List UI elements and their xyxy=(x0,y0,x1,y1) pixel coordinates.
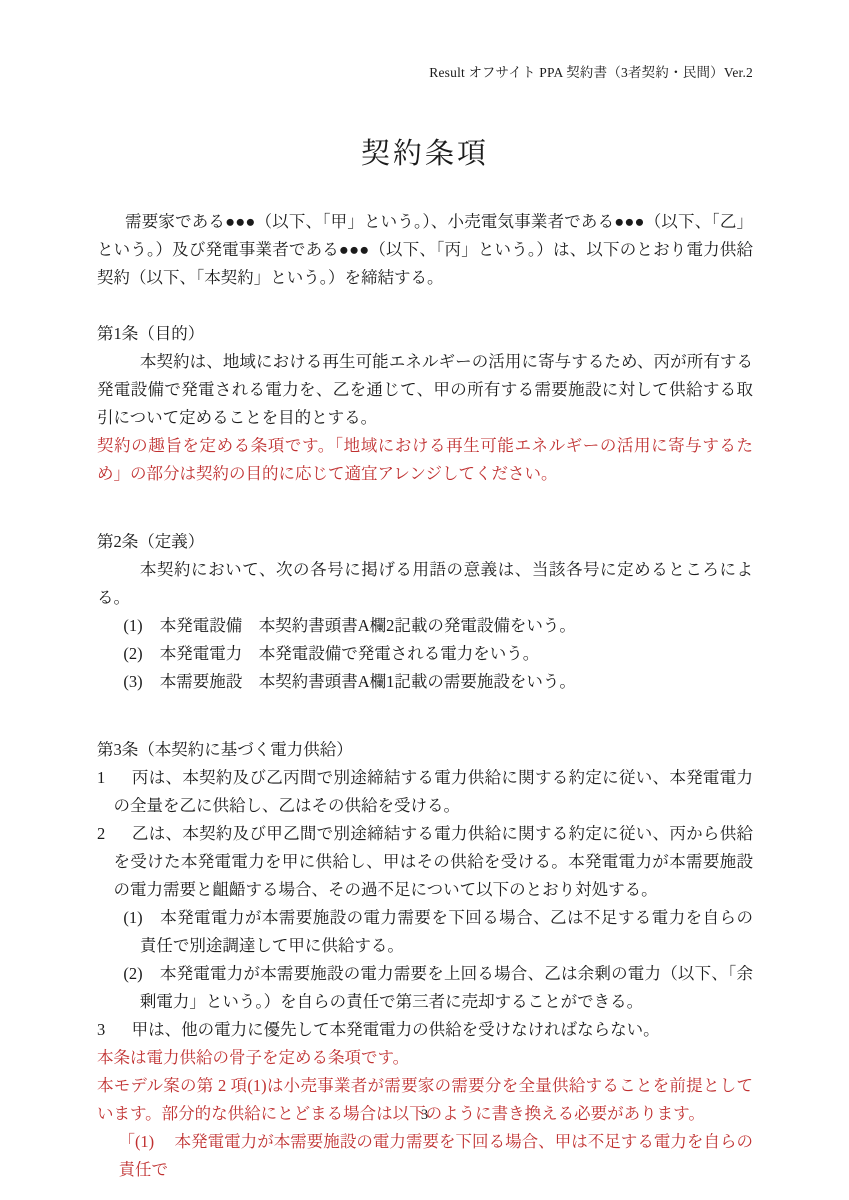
article1-heading: 第1条（目的） xyxy=(97,320,753,348)
definition-item-number: (1) xyxy=(123,612,159,640)
document-title: 契約条項 xyxy=(97,134,753,174)
definition-item: (3)本需要施設 本契約書頭書A欄1記載の需要施設をいう。 xyxy=(97,668,753,696)
document-content: Result オフサイト PPA 契約書（3者契約・民間）Ver.2 契約条項 … xyxy=(0,0,849,1184)
clause-item: 2乙は、本契約及び甲乙間で別途締結する電力供給に関する約定に従い、丙から供給を受… xyxy=(97,820,753,904)
article3-heading: 第3条（本契約に基づく電力供給） xyxy=(97,736,753,764)
clause-subitem-number: (2) xyxy=(123,960,159,988)
definition-item: (1)本発電設備 本契約書頭書A欄2記載の発電設備をいう。 xyxy=(97,612,753,640)
definition-item: (2)本発電電力 本発電設備で発電される電力をいう。 xyxy=(97,640,753,668)
intro-paragraph: 需要家である●●●（以下、「甲」という。）、小売電気事業者である●●●（以下、「… xyxy=(97,208,753,292)
page-number: 3 xyxy=(0,1107,849,1124)
clause-subitem-number: (1) xyxy=(123,904,159,932)
annotation-quote-number: 「(1) xyxy=(118,1128,174,1156)
clause-subitem-text: 本発電電力が本需要施設の電力需要を下回る場合、乙は不足する電力を自らの責任で別途… xyxy=(140,908,753,955)
article3-annotation-note: 本条は電力供給の骨子を定める条項です。 xyxy=(97,1044,753,1072)
definition-item-number: (2) xyxy=(123,640,159,668)
document-page: Result オフサイト PPA 契約書（3者契約・民間）Ver.2 契約条項 … xyxy=(0,0,849,1200)
clause-item-text: 甲は、他の電力に優先して本発電電力の供給を受けなければならない。 xyxy=(132,1020,660,1039)
article1-body: 本契約は、地域における再生可能エネルギーの活用に寄与するため、丙が所有する発電設… xyxy=(97,348,753,432)
clause-subitem: (1)本発電電力が本需要施設の電力需要を下回る場合、乙は不足する電力を自らの責任… xyxy=(97,904,753,960)
annotation-quote-text: 本発電電力が本需要施設の電力需要を下回る場合、甲は不足する電力を自らの責任で xyxy=(118,1132,753,1179)
clause-item-number: 2 xyxy=(97,820,132,848)
clause-item: 3甲は、他の電力に優先して本発電電力の供給を受けなければならない。 xyxy=(97,1016,753,1044)
definition-item-text: 本発電設備 本契約書頭書A欄2記載の発電設備をいう。 xyxy=(160,616,576,635)
definition-item-number: (3) xyxy=(123,668,159,696)
clause-item-number: 1 xyxy=(97,764,132,792)
clause-item-text: 乙は、本契約及び甲乙間で別途締結する電力供給に関する約定に従い、丙から供給を受け… xyxy=(114,824,754,899)
definition-item-text: 本発電電力 本発電設備で発電される電力をいう。 xyxy=(160,644,540,663)
definition-item-text: 本需要施設 本契約書頭書A欄1記載の需要施設をいう。 xyxy=(160,672,576,691)
article2-heading: 第2条（定義） xyxy=(97,528,753,556)
article3-annotation-quote: 「(1)本発電電力が本需要施設の電力需要を下回る場合、甲は不足する電力を自らの責… xyxy=(97,1128,753,1184)
clause-item: 1丙は、本契約及び乙丙間で別途締結する電力供給に関する約定に従い、本発電電力の全… xyxy=(97,764,753,820)
clause-subitem: (2)本発電電力が本需要施設の電力需要を上回る場合、乙は余剰の電力（以下、「余剰… xyxy=(97,960,753,1016)
clause-item-text: 丙は、本契約及び乙丙間で別途締結する電力供給に関する約定に従い、本発電電力の全量… xyxy=(114,768,754,815)
header-doc-ref: Result オフサイト PPA 契約書（3者契約・民間）Ver.2 xyxy=(97,64,753,82)
article1-annotation-note: 契約の趣旨を定める条項です。「地域における再生可能エネルギーの活用に寄与するため… xyxy=(97,432,753,488)
clause-subitem-text: 本発電電力が本需要施設の電力需要を上回る場合、乙は余剰の電力（以下、「余剰電力」… xyxy=(140,964,753,1011)
article2-body: 本契約において、次の各号に掲げる用語の意義は、当該各号に定めるところによる。 xyxy=(97,556,753,612)
clause-item-number: 3 xyxy=(97,1016,132,1044)
